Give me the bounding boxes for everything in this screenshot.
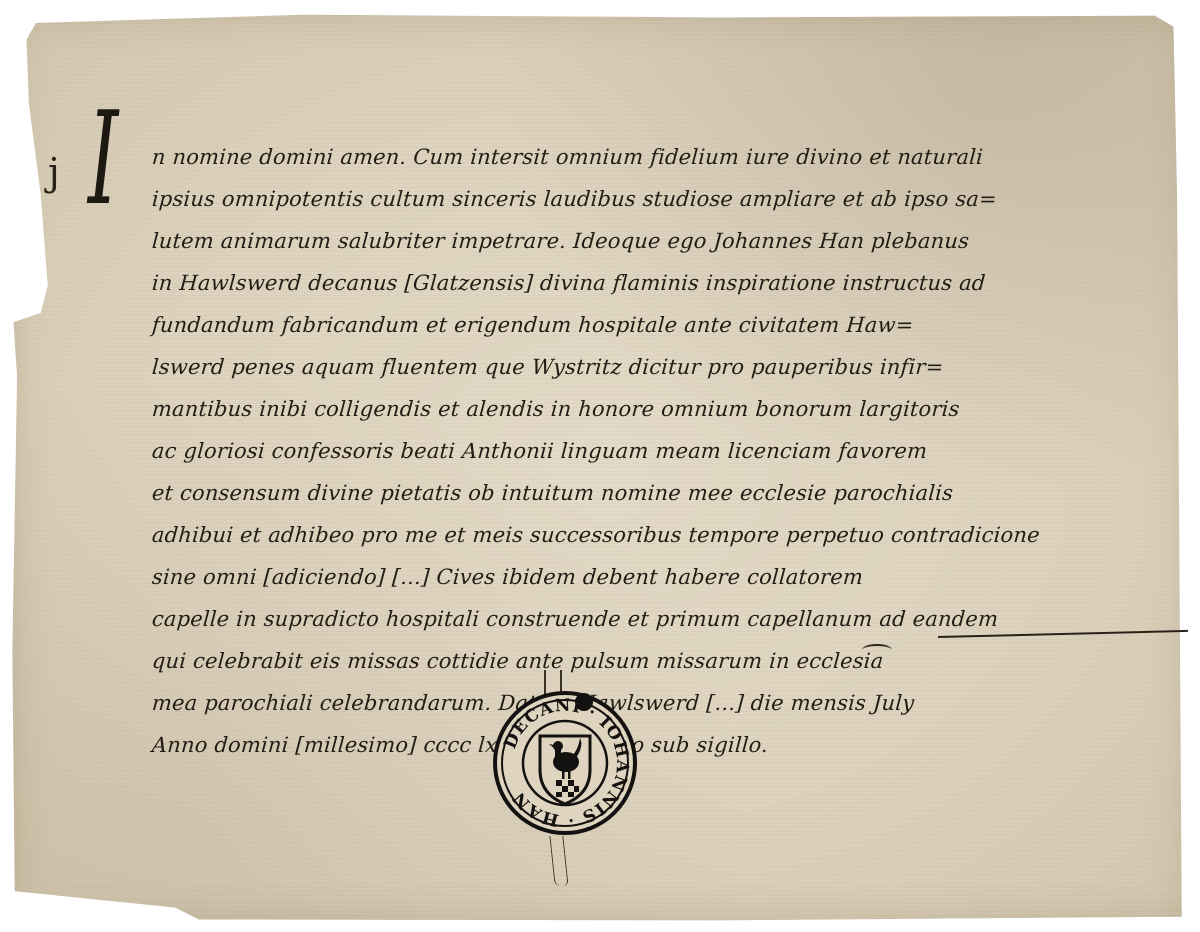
text-line: fundandum fabricandum et erigendum hospi… xyxy=(151,304,1034,346)
text-line: adhibui et adhibeo pro me et meis succes… xyxy=(151,514,1034,556)
text-line: sine omni [adiciendo] [...] Cives ibidem… xyxy=(151,556,1034,598)
text-line: lswerd penes aquam fluentem que Wystritz… xyxy=(151,346,1034,388)
seal-stamp-icon: DECANI · IOHANNIS · HAN xyxy=(492,690,638,836)
text-line: lutem animarum salubriter impetrare. Ide… xyxy=(151,220,1034,262)
decorated-initial: I xyxy=(88,96,118,224)
margin-mark: j xyxy=(48,150,60,194)
text-line: in Hawlswerd decanus [Glatzensis] divina… xyxy=(151,262,1034,304)
text-line: et consensum divine pietatis ob intuitum… xyxy=(151,472,1034,514)
text-line: qui celebrabit eis missas cottidie ante … xyxy=(151,640,1034,682)
text-line: capelle in supradicto hospitali construe… xyxy=(151,598,1034,640)
text-line: ac gloriosi confessoris beati Anthonii l… xyxy=(151,430,1034,472)
text-line: ipsius omnipotentis cultum sinceris laud… xyxy=(151,178,1034,220)
charter-text: n nomine domini amen. Cum intersit omniu… xyxy=(152,136,1032,766)
closing-flourish xyxy=(862,644,892,656)
text-line: mantibus inibi colligendis et alendis in… xyxy=(151,388,1034,430)
text-line: n nomine domini amen. Cum intersit omniu… xyxy=(151,136,1034,178)
document-stage: j I n nomine domini amen. Cum intersit o… xyxy=(0,0,1200,932)
